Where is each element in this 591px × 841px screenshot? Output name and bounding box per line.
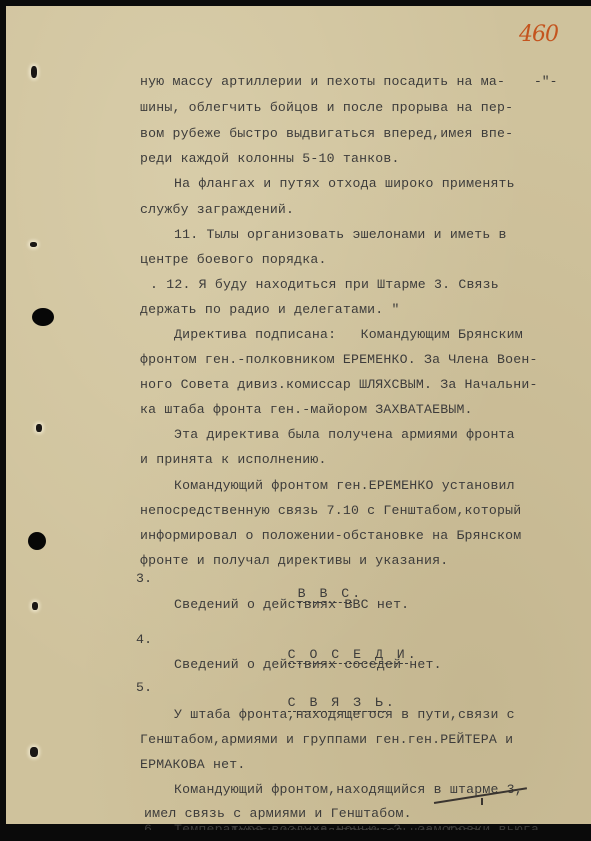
text-line: непосредственную связь 7.10 с Генштабом,… (140, 503, 521, 518)
text-line: ка штаба фронта ген.-майором ЗАХВАТАЕВЫМ… (140, 402, 473, 417)
text-line: . 12. Я буду находиться при Штарме 3. Св… (150, 277, 499, 292)
text-line: службу заграждений. (140, 202, 294, 217)
punch-mark (32, 602, 38, 610)
pen-tick (481, 798, 483, 805)
folio-number: 460 (519, 22, 558, 47)
continuation-mark: -"- (534, 74, 557, 89)
punch-mark (36, 424, 42, 432)
section-text: Сведений о действиях ВВС нет. (174, 597, 409, 612)
text-line: ного Совета дивиз.комиссар ШЛЯХСВЫМ. За … (140, 377, 538, 392)
text-line: У штаба фронта,находящегося в пути,связи… (174, 707, 515, 722)
text-line: имел связь с армиями и Генштабом. (144, 806, 412, 821)
text-line: информировал о положении-обстановке на Б… (140, 528, 521, 543)
section-number: 3. (136, 571, 152, 586)
binding-hole (28, 532, 46, 550)
punch-mark (31, 66, 37, 78)
text-line: и принята к исполнению. (140, 452, 327, 467)
text-line: вом рубеже быстро выдвигаться вперед,име… (140, 126, 513, 141)
section-number: 5. (136, 680, 152, 695)
text-line: Командующий фронтом,находящийся в штарме… (174, 782, 523, 797)
text-line: центре боевого порядка. (140, 252, 327, 267)
text-line: фронте и получал директивы и указания. (140, 553, 448, 568)
text-line: держать по радио и делегатами. " (140, 302, 400, 317)
text-line: шины, облегчить бойцов и после прорыва н… (140, 100, 513, 115)
punch-mark (30, 747, 38, 757)
document-page: 460 -"- ную массу артиллерии и пехоты по… (6, 6, 591, 824)
text-line: ЕРМАКОВА нет. (140, 757, 245, 772)
text-line: Директива подписана: Командующим Брянски… (174, 327, 523, 342)
binding-hole (32, 308, 54, 326)
text-line: Командующий фронтом ген.ЕРЕМЕНКО установ… (174, 478, 515, 493)
text-line: ную массу артиллерии и пехоты посадить н… (140, 74, 505, 89)
text-line: Генштабом,армиями и группами ген.ген.РЕЙ… (140, 732, 513, 747)
text-line: 11. Тылы организовать эшелонами и иметь … (174, 227, 507, 242)
punch-mark (30, 242, 37, 247)
text-line: фронтом ген.-полковником ЕРЕМЕНКО. За Чл… (140, 352, 538, 367)
text-line: На флангах и путях отхода широко применя… (174, 176, 515, 191)
section-number: 4. (136, 632, 152, 647)
scan-border (0, 830, 591, 841)
text-line: Эта директива была получена армиями фрон… (174, 427, 515, 442)
section-text: Сведений о действиях соседей нет. (174, 657, 442, 672)
text-line: реди каждой колонны 5-10 танков. (140, 151, 400, 166)
